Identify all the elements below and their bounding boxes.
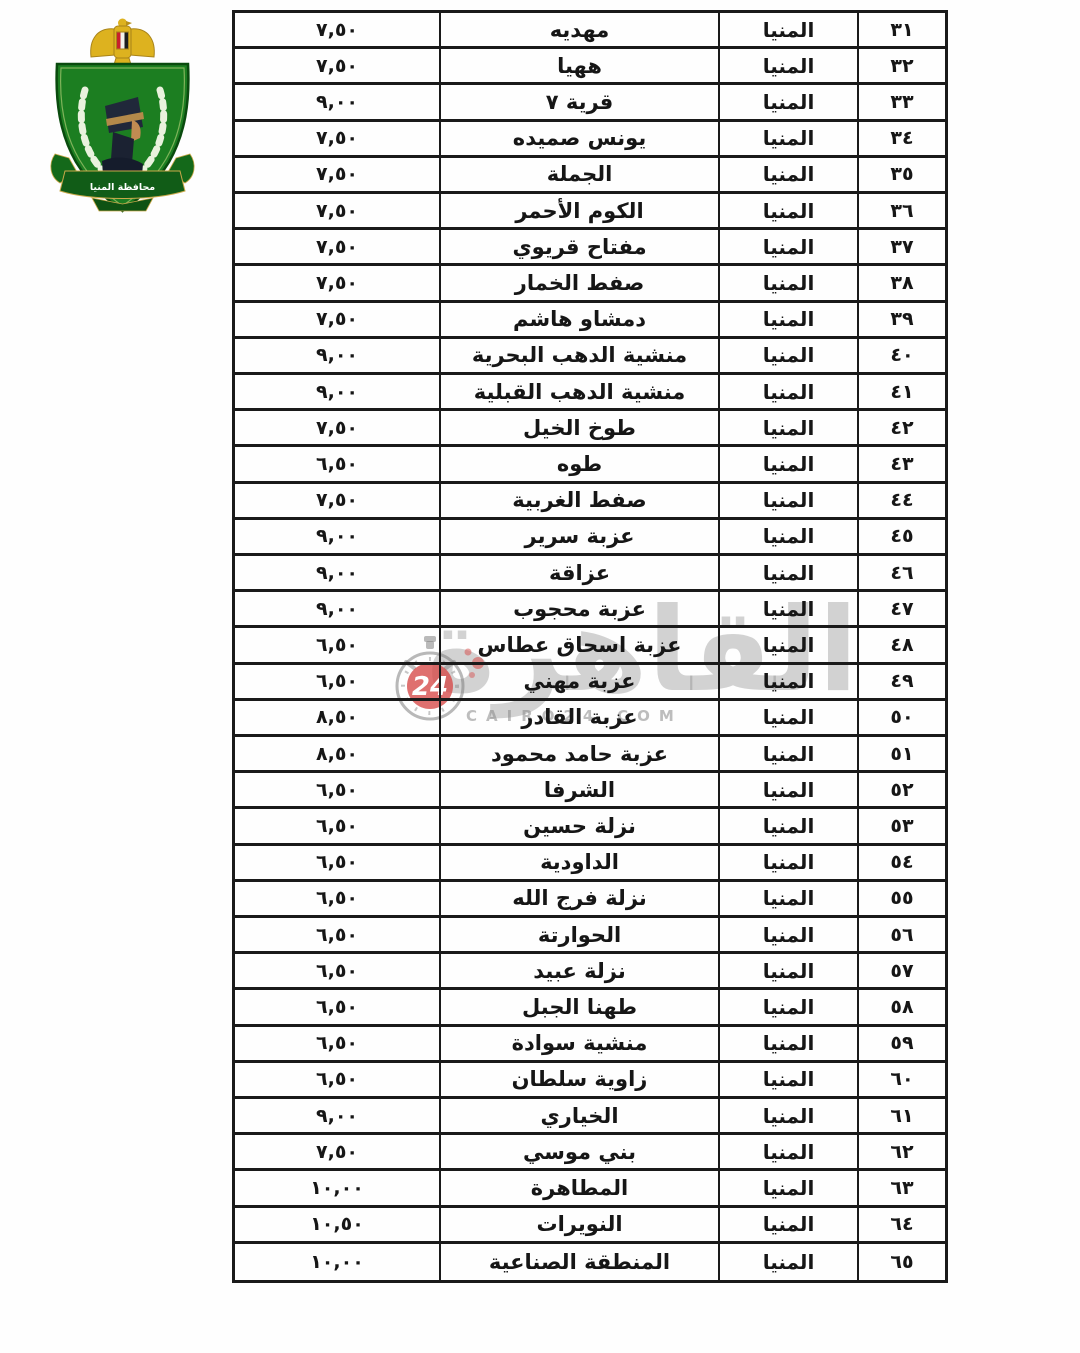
table-row: ٤٩ المنيا عزبة مهني ٦,٥٠: [235, 665, 945, 701]
table-row: ٤٠ المنيا منشية الدهب البحرية ٩,٠٠: [235, 339, 945, 375]
serial-cell: ٤٠: [859, 339, 945, 372]
table-row: ٥٠ المنيا عزبة القادر ٨,٥٠: [235, 701, 945, 737]
place-name-cell: ههيا: [441, 49, 720, 82]
serial-cell: ٣١: [859, 13, 945, 46]
governorate-cell: المنيا: [720, 484, 859, 517]
place-name-cell: طهنا الجبل: [441, 990, 720, 1023]
table-row: ٣٧ المنيا مفتاح قريوي ٧,٥٠: [235, 230, 945, 266]
governorate-cell: المنيا: [720, 918, 859, 951]
price-table: ٣١ المنيا مهديه ٧,٥٠ ٣٢ المنيا ههيا ٧,٥٠…: [232, 10, 948, 1283]
place-name-cell: نزلة حسين: [441, 809, 720, 842]
price-cell: ٦,٥٠: [235, 447, 441, 480]
governorate-cell: المنيا: [720, 701, 859, 734]
governorate-cell: المنيا: [720, 665, 859, 698]
place-name-cell: مفتاح قريوي: [441, 230, 720, 263]
place-name-cell: طوه: [441, 447, 720, 480]
governorate-cell: المنيا: [720, 520, 859, 553]
serial-cell: ٤٧: [859, 592, 945, 625]
table-row: ٣٤ المنيا يونس صميده ٧,٥٠: [235, 122, 945, 158]
governorate-cell: المنيا: [720, 13, 859, 46]
table-row: ٤٦ المنيا عزاقة ٩,٠٠: [235, 556, 945, 592]
governorate-cell: المنيا: [720, 266, 859, 299]
price-cell: ٩,٠٠: [235, 592, 441, 625]
place-name-cell: المطاهرة: [441, 1171, 720, 1204]
place-name-cell: منشية سوادة: [441, 1027, 720, 1060]
price-cell: ١٠,٥٠: [235, 1208, 441, 1241]
price-cell: ٦,٥٠: [235, 954, 441, 987]
serial-cell: ٥٧: [859, 954, 945, 987]
price-cell: ٨,٥٠: [235, 701, 441, 734]
table-row: ٤٨ المنيا عزبة اسحاق عطاس ٦,٥٠: [235, 628, 945, 664]
price-cell: ٩,٠٠: [235, 556, 441, 589]
table-row: ٥٦ المنيا الحوارتة ٦,٥٠: [235, 918, 945, 954]
governorate-cell: المنيا: [720, 1027, 859, 1060]
table-row: ٣٨ المنيا صفط الخمار ٧,٥٠: [235, 266, 945, 302]
serial-cell: ٤١: [859, 375, 945, 408]
serial-cell: ٥٨: [859, 990, 945, 1023]
price-cell: ٧,٥٠: [235, 484, 441, 517]
serial-cell: ٣٩: [859, 303, 945, 336]
price-cell: ٧,٥٠: [235, 411, 441, 444]
ribbon-text: محافظة المنيا: [90, 182, 155, 193]
serial-cell: ٦٠: [859, 1063, 945, 1096]
price-cell: ٦,٥٠: [235, 1027, 441, 1060]
place-name-cell: الداودية: [441, 846, 720, 879]
place-name-cell: الخياري: [441, 1099, 720, 1132]
table-row: ٥٧ المنيا نزلة عبيد ٦,٥٠: [235, 954, 945, 990]
table-row: ٥٨ المنيا طهنا الجبل ٦,٥٠: [235, 990, 945, 1026]
price-cell: ٨,٥٠: [235, 737, 441, 770]
serial-cell: ٤٩: [859, 665, 945, 698]
price-cell: ٧,٥٠: [235, 194, 441, 227]
serial-cell: ٦٥: [859, 1244, 945, 1280]
place-name-cell: صفط الغربية: [441, 484, 720, 517]
governorate-cell: المنيا: [720, 1208, 859, 1241]
place-name-cell: عزبة حامد محمود: [441, 737, 720, 770]
table-row: ٥١ المنيا عزبة حامد محمود ٨,٥٠: [235, 737, 945, 773]
place-name-cell: عزبة سرير: [441, 520, 720, 553]
serial-cell: ٥٢: [859, 773, 945, 806]
serial-cell: ٥١: [859, 737, 945, 770]
table-row: ٥٥ المنيا نزلة فرج الله ٦,٥٠: [235, 882, 945, 918]
table-row: ٤٤ المنيا صفط الغربية ٧,٥٠: [235, 484, 945, 520]
serial-cell: ٤٣: [859, 447, 945, 480]
serial-cell: ٣٤: [859, 122, 945, 155]
place-name-cell: نزلة فرج الله: [441, 882, 720, 915]
place-name-cell: يونس صميده: [441, 122, 720, 155]
serial-cell: ٥٣: [859, 809, 945, 842]
price-cell: ٧,٥٠: [235, 49, 441, 82]
governorate-cell: المنيا: [720, 411, 859, 444]
price-cell: ٧,٥٠: [235, 266, 441, 299]
table-row: ٤١ المنيا منشية الدهب القبلية ٩,٠٠: [235, 375, 945, 411]
price-cell: ١٠,٠٠: [235, 1171, 441, 1204]
serial-cell: ٤٢: [859, 411, 945, 444]
table-row: ٥٤ المنيا الداودية ٦,٥٠: [235, 846, 945, 882]
governorate-cell: المنيا: [720, 954, 859, 987]
place-name-cell: الحوارتة: [441, 918, 720, 951]
price-cell: ٦,٥٠: [235, 809, 441, 842]
price-cell: ٧,٥٠: [235, 303, 441, 336]
place-name-cell: عزاقة: [441, 556, 720, 589]
governorate-cell: المنيا: [720, 230, 859, 263]
governorate-cell: المنيا: [720, 1171, 859, 1204]
table-row: ٦١ المنيا الخياري ٩,٠٠: [235, 1099, 945, 1135]
table-row: ٣٥ المنيا الجملة ٧,٥٠: [235, 158, 945, 194]
table-row: ٥٣ المنيا نزلة حسين ٦,٥٠: [235, 809, 945, 845]
price-cell: ٦,٥٠: [235, 1063, 441, 1096]
serial-cell: ٦٢: [859, 1135, 945, 1168]
price-cell: ٦,٥٠: [235, 773, 441, 806]
governorate-cell: المنيا: [720, 809, 859, 842]
place-name-cell: طوخ الخيل: [441, 411, 720, 444]
serial-cell: ٥٥: [859, 882, 945, 915]
governorate-cell: المنيا: [720, 592, 859, 625]
price-cell: ٩,٠٠: [235, 375, 441, 408]
governorate-cell: المنيا: [720, 556, 859, 589]
price-cell: ٦,٥٠: [235, 628, 441, 661]
place-name-cell: عزبة اسحاق عطاس: [441, 628, 720, 661]
table-row: ٣٢ المنيا ههيا ٧,٥٠: [235, 49, 945, 85]
table-row: ٦٤ المنيا النويرات ١٠,٥٠: [235, 1208, 945, 1244]
place-name-cell: مهديه: [441, 13, 720, 46]
place-name-cell: النويرات: [441, 1208, 720, 1241]
price-cell: ٩,٠٠: [235, 339, 441, 372]
price-cell: ٧,٥٠: [235, 122, 441, 155]
place-name-cell: قرية ٧: [441, 85, 720, 118]
place-name-cell: الكوم الأحمر: [441, 194, 720, 227]
place-name-cell: الشرفا: [441, 773, 720, 806]
place-name-cell: عزبة محجوب: [441, 592, 720, 625]
place-name-cell: منشية الدهب البحرية: [441, 339, 720, 372]
price-cell: ٦,٥٠: [235, 665, 441, 698]
governorate-cell: المنيا: [720, 1135, 859, 1168]
governorate-cell: المنيا: [720, 158, 859, 191]
price-cell: ٧,٥٠: [235, 1135, 441, 1168]
place-name-cell: منشية الدهب القبلية: [441, 375, 720, 408]
serial-cell: ٦١: [859, 1099, 945, 1132]
governorate-cell: المنيا: [720, 339, 859, 372]
place-name-cell: المنطقة الصناعية: [441, 1244, 720, 1280]
place-name-cell: بني موسي: [441, 1135, 720, 1168]
governorate-cell: المنيا: [720, 1244, 859, 1280]
serial-cell: ٦٣: [859, 1171, 945, 1204]
serial-cell: ٥٩: [859, 1027, 945, 1060]
governorate-cell: المنيا: [720, 447, 859, 480]
governorate-cell: المنيا: [720, 737, 859, 770]
table-row: ٣٦ المنيا الكوم الأحمر ٧,٥٠: [235, 194, 945, 230]
price-cell: ٩,٠٠: [235, 520, 441, 553]
serial-cell: ٤٦: [859, 556, 945, 589]
governorate-cell: المنيا: [720, 303, 859, 336]
table-row: ٥٩ المنيا منشية سوادة ٦,٥٠: [235, 1027, 945, 1063]
price-cell: ٦,٥٠: [235, 918, 441, 951]
place-name-cell: عزبة مهني: [441, 665, 720, 698]
serial-cell: ٤٨: [859, 628, 945, 661]
serial-cell: ٣٢: [859, 49, 945, 82]
governorate-cell: المنيا: [720, 1063, 859, 1096]
governorate-cell: المنيا: [720, 846, 859, 879]
table-row: ٦٠ المنيا زاوية سلطان ٦,٥٠: [235, 1063, 945, 1099]
governorate-cell: المنيا: [720, 85, 859, 118]
place-name-cell: عزبة القادر: [441, 701, 720, 734]
governorate-cell: المنيا: [720, 773, 859, 806]
place-name-cell: الجملة: [441, 158, 720, 191]
governorate-cell: المنيا: [720, 122, 859, 155]
serial-cell: ٥٤: [859, 846, 945, 879]
price-cell: ٧,٥٠: [235, 230, 441, 263]
serial-cell: ٥٠: [859, 701, 945, 734]
serial-cell: ٤٤: [859, 484, 945, 517]
serial-cell: ٣٦: [859, 194, 945, 227]
table-row: ٦٥ المنيا المنطقة الصناعية ١٠,٠٠: [235, 1244, 945, 1280]
eagle-icon: [91, 19, 155, 69]
governorate-cell: المنيا: [720, 628, 859, 661]
emblem-graphic: محافظة المنيا: [45, 14, 200, 214]
table-row: ٣١ المنيا مهديه ٧,٥٠: [235, 13, 945, 49]
table-row: ٣٣ المنيا قرية ٧ ٩,٠٠: [235, 85, 945, 121]
governorate-cell: المنيا: [720, 882, 859, 915]
table-row: ٤٢ المنيا طوخ الخيل ٧,٥٠: [235, 411, 945, 447]
table-row: ٤٣ المنيا طوه ٦,٥٠: [235, 447, 945, 483]
table-row: ٥٢ المنيا الشرفا ٦,٥٠: [235, 773, 945, 809]
serial-cell: ٣٧: [859, 230, 945, 263]
governorate-cell: المنيا: [720, 49, 859, 82]
price-cell: ٦,٥٠: [235, 882, 441, 915]
table-row: ٤٥ المنيا عزبة سرير ٩,٠٠: [235, 520, 945, 556]
governorate-cell: المنيا: [720, 194, 859, 227]
price-cell: ٩,٠٠: [235, 85, 441, 118]
place-name-cell: زاوية سلطان: [441, 1063, 720, 1096]
place-name-cell: نزلة عبيد: [441, 954, 720, 987]
price-cell: ٧,٥٠: [235, 158, 441, 191]
price-cell: ٧,٥٠: [235, 13, 441, 46]
governorate-cell: المنيا: [720, 375, 859, 408]
price-cell: ٦,٥٠: [235, 990, 441, 1023]
serial-cell: ٣٣: [859, 85, 945, 118]
serial-cell: ٣٥: [859, 158, 945, 191]
governorate-cell: المنيا: [720, 990, 859, 1023]
serial-cell: ٥٦: [859, 918, 945, 951]
minya-governorate-emblem: محافظة المنيا: [45, 14, 200, 214]
table-row: ٦٢ المنيا بني موسي ٧,٥٠: [235, 1135, 945, 1171]
governorate-cell: المنيا: [720, 1099, 859, 1132]
serial-cell: ٦٤: [859, 1208, 945, 1241]
price-cell: ٩,٠٠: [235, 1099, 441, 1132]
place-name-cell: دمشاو هاشم: [441, 303, 720, 336]
serial-cell: ٤٥: [859, 520, 945, 553]
price-cell: ٦,٥٠: [235, 846, 441, 879]
price-cell: ١٠,٠٠: [235, 1244, 441, 1280]
serial-cell: ٣٨: [859, 266, 945, 299]
table-row: ٤٧ المنيا عزبة محجوب ٩,٠٠: [235, 592, 945, 628]
place-name-cell: صفط الخمار: [441, 266, 720, 299]
table-row: ٦٣ المنيا المطاهرة ١٠,٠٠: [235, 1171, 945, 1207]
table-row: ٣٩ المنيا دمشاو هاشم ٧,٥٠: [235, 303, 945, 339]
